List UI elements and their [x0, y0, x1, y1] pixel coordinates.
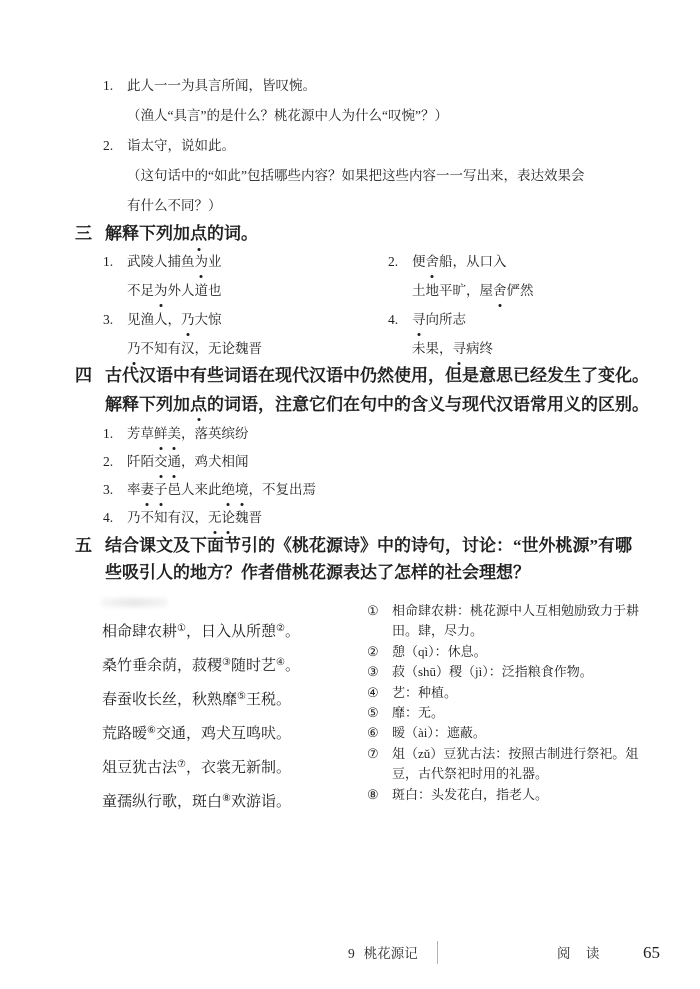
note-marker: ③	[367, 662, 392, 682]
item-number: 1.	[103, 420, 127, 448]
section-5-heading: 五 结合课文及下面节引的《桃花源诗》中的诗句，讨论：“世外桃源”有哪些吸引人的地…	[75, 532, 632, 586]
item-number: 2.	[388, 247, 412, 305]
exercise-item: 4. 寻向所志 未果，寻病终	[388, 305, 663, 363]
note-item: ⑦ 俎（zǔ）豆犹古法：按照古制进行祭祀。俎豆，古代祭祀时用的礼器。	[367, 744, 657, 785]
note-item: ③ 菽（shū）稷（jì）：泛指粮食作物。	[367, 662, 657, 682]
note-text: 相命肆农耕：桃花源中人互相勉励致力于耕田。肆，尽力。	[392, 601, 639, 642]
note-text: 暧（ài）：遮蔽。	[392, 723, 486, 743]
poem-line: 童孺纵行歌，斑白⑧欢游诣。	[102, 786, 300, 820]
footer-lesson-title: 桃花源记	[364, 944, 418, 964]
note-item: ④ 艺：种植。	[367, 683, 657, 703]
note-marker: ④	[367, 683, 392, 703]
section-title: 古代汉语中有些词语在现代汉语中仍然使用，但是意思已经发生了变化。 解释下列加点的…	[105, 361, 649, 419]
item-text: 此人一一为具言所闻，皆叹惋。	[127, 71, 316, 101]
footer-divider	[437, 941, 438, 964]
item-lines: 寻向所志 未果，寻病终	[412, 305, 493, 363]
note-item: ② 憩（qì）：休息。	[367, 642, 657, 662]
note-item: ⑤ 靡：无。	[367, 703, 657, 723]
item-hint: 有什么不同？）	[103, 191, 648, 221]
footer-lesson: 9 桃花源记	[348, 944, 418, 964]
exercise-item: 1. 此人一一为具言所闻，皆叹惋。	[103, 71, 648, 101]
item-lines: 见渔人，乃大惊 乃不知有汉，无论魏晋	[127, 305, 262, 363]
poem-line: 俎豆犹古法⑦，衣裳无新制。	[102, 752, 300, 786]
poem-line: 荒路暧⑥交通，鸡犬互鸣吠。	[102, 718, 300, 752]
textbook-page: 1. 此人一一为具言所闻，皆叹惋。 （渔人“具言”的是什么？桃花源中人为什么“叹…	[0, 0, 700, 989]
section-3-heading: 三 解释下列加点的词。	[75, 219, 258, 249]
note-item: ⑥ 暧（ài）：遮蔽。	[367, 723, 657, 743]
poem-line: 春蚕收长丝，秋熟靡⑤王税。	[102, 684, 300, 718]
item-text: 芳草鲜美，落英缤纷	[127, 420, 249, 448]
exercise-item: 3. 见渔人，乃大惊 乃不知有汉，无论魏晋	[103, 305, 388, 363]
note-marker: ⑦	[367, 744, 392, 764]
note-marker: ②	[367, 642, 392, 662]
item-hint: （渔人“具言”的是什么？桃花源中人为什么“叹惋”？）	[103, 101, 648, 131]
exercise-item: 2. 诣太守，说如此。	[103, 131, 648, 161]
item-number: 2.	[103, 131, 127, 161]
section-label: 五	[75, 532, 105, 586]
exercise-item: 2. 阡陌交通，鸡犬相闻	[103, 448, 663, 476]
item-number: 1.	[103, 247, 127, 305]
note-text: 俎（zǔ）豆犹古法：按照古制进行祭祀。俎豆，古代祭祀时用的礼器。	[392, 744, 638, 785]
item-text: 未果，寻病终	[412, 334, 493, 363]
note-marker: ⑤	[367, 703, 392, 723]
item-number: 3.	[103, 305, 127, 363]
item-number: 2.	[103, 448, 127, 476]
footer-page-number: 65	[643, 941, 660, 965]
note-text: 菽（shū）稷（jì）：泛指粮食作物。	[392, 662, 593, 682]
exercise-item: 3. 率妻子邑人来此绝境，不复出焉	[103, 476, 663, 504]
poem-line: 桑竹垂余荫，菽稷③随时艺④。	[102, 650, 300, 684]
section-title-line: 解释下列加点的词语，注意它们在句中的含义与现代汉语常用义的区别。	[105, 390, 649, 419]
poem-line: 相命肆农耕①，日入从所憩②。	[102, 616, 300, 650]
note-marker: ⑧	[367, 785, 392, 805]
footer-lesson-number: 9	[348, 944, 355, 964]
part-a-items: 1. 此人一一为具言所闻，皆叹惋。 （渔人“具言”的是什么？桃花源中人为什么“叹…	[103, 71, 648, 221]
note-text: 靡：无。	[392, 703, 444, 723]
poem-excerpt: 相命肆农耕①，日入从所憩②。 桑竹垂余荫，菽稷③随时艺④。 春蚕收长丝，秋熟靡⑤…	[102, 616, 300, 820]
section-label: 四	[75, 361, 105, 419]
note-text: 憩（qì）：休息。	[392, 642, 487, 662]
footer-section-label: 阅 读	[557, 944, 605, 964]
exercise-item: 4. 乃不知有汉，无论魏晋	[103, 504, 663, 532]
item-text: 见渔人，乃大惊	[127, 305, 262, 334]
item-lines: 武陵人捕鱼为业 不足为外人道也	[127, 247, 222, 305]
item-text: 率妻子邑人来此绝境，不复出焉	[127, 476, 316, 504]
item-text: 乃不知有汉，无论魏晋	[127, 334, 262, 363]
item-text: 便舍船，从口入	[412, 247, 534, 276]
item-lines: 便舍船，从口入 土地平旷，屋舍俨然	[412, 247, 534, 305]
section-4-heading: 四 古代汉语中有些词语在现代汉语中仍然使用，但是意思已经发生了变化。 解释下列加…	[75, 361, 649, 419]
section-title-line: 古代汉语中有些词语在现代汉语中仍然使用，但是意思已经发生了变化。	[105, 361, 649, 390]
note-text: 斑白：头发花白，指老人。	[392, 785, 548, 805]
item-number: 1.	[103, 71, 127, 101]
note-item: ⑧ 斑白：头发花白，指老人。	[367, 785, 657, 805]
annotation-notes: ① 相命肆农耕：桃花源中人互相勉励致力于耕田。肆，尽力。 ② 憩（qì）：休息。…	[367, 601, 657, 805]
item-text: 寻向所志	[412, 305, 493, 334]
section-title: 解释下列加点的词。	[105, 219, 258, 249]
exercise-item: 1. 武陵人捕鱼为业 不足为外人道也	[103, 247, 388, 305]
item-text: 阡陌交通，鸡犬相闻	[127, 448, 249, 476]
item-number: 3.	[103, 476, 127, 504]
item-text: 土地平旷，屋舍俨然	[412, 276, 534, 305]
note-marker: ⑥	[367, 723, 392, 743]
section-3-items: 1. 武陵人捕鱼为业 不足为外人道也 2. 便舍船，从口入 土地平旷，屋舍俨然 …	[103, 247, 663, 363]
item-text: 不足为外人道也	[127, 276, 222, 305]
item-text: 乃不知有汉，无论魏晋	[127, 504, 262, 532]
note-item: ① 相命肆农耕：桃花源中人互相勉励致力于耕田。肆，尽力。	[367, 601, 657, 642]
section-4-items: 1. 芳草鲜美，落英缤纷 2. 阡陌交通，鸡犬相闻 3. 率妻子邑人来此绝境，不…	[103, 420, 663, 532]
exercise-item: 2. 便舍船，从口入 土地平旷，屋舍俨然	[388, 247, 663, 305]
section-title: 结合课文及下面节引的《桃花源诗》中的诗句，讨论：“世外桃源”有哪些吸引人的地方？…	[105, 532, 632, 586]
exercise-item: 1. 芳草鲜美，落英缤纷	[103, 420, 663, 448]
item-hint: （这句话中的“如此”包括哪些内容？如果把这些内容一一写出来，表达效果会	[103, 161, 648, 191]
item-number: 4.	[388, 305, 412, 363]
note-text: 艺：种植。	[392, 683, 457, 703]
section-label: 三	[75, 219, 105, 249]
note-marker: ①	[367, 601, 392, 621]
print-smudge-artifact	[100, 598, 168, 607]
item-number: 4.	[103, 504, 127, 532]
item-text: 诣太守，说如此。	[127, 131, 235, 161]
item-text: 武陵人捕鱼为业	[127, 247, 222, 276]
